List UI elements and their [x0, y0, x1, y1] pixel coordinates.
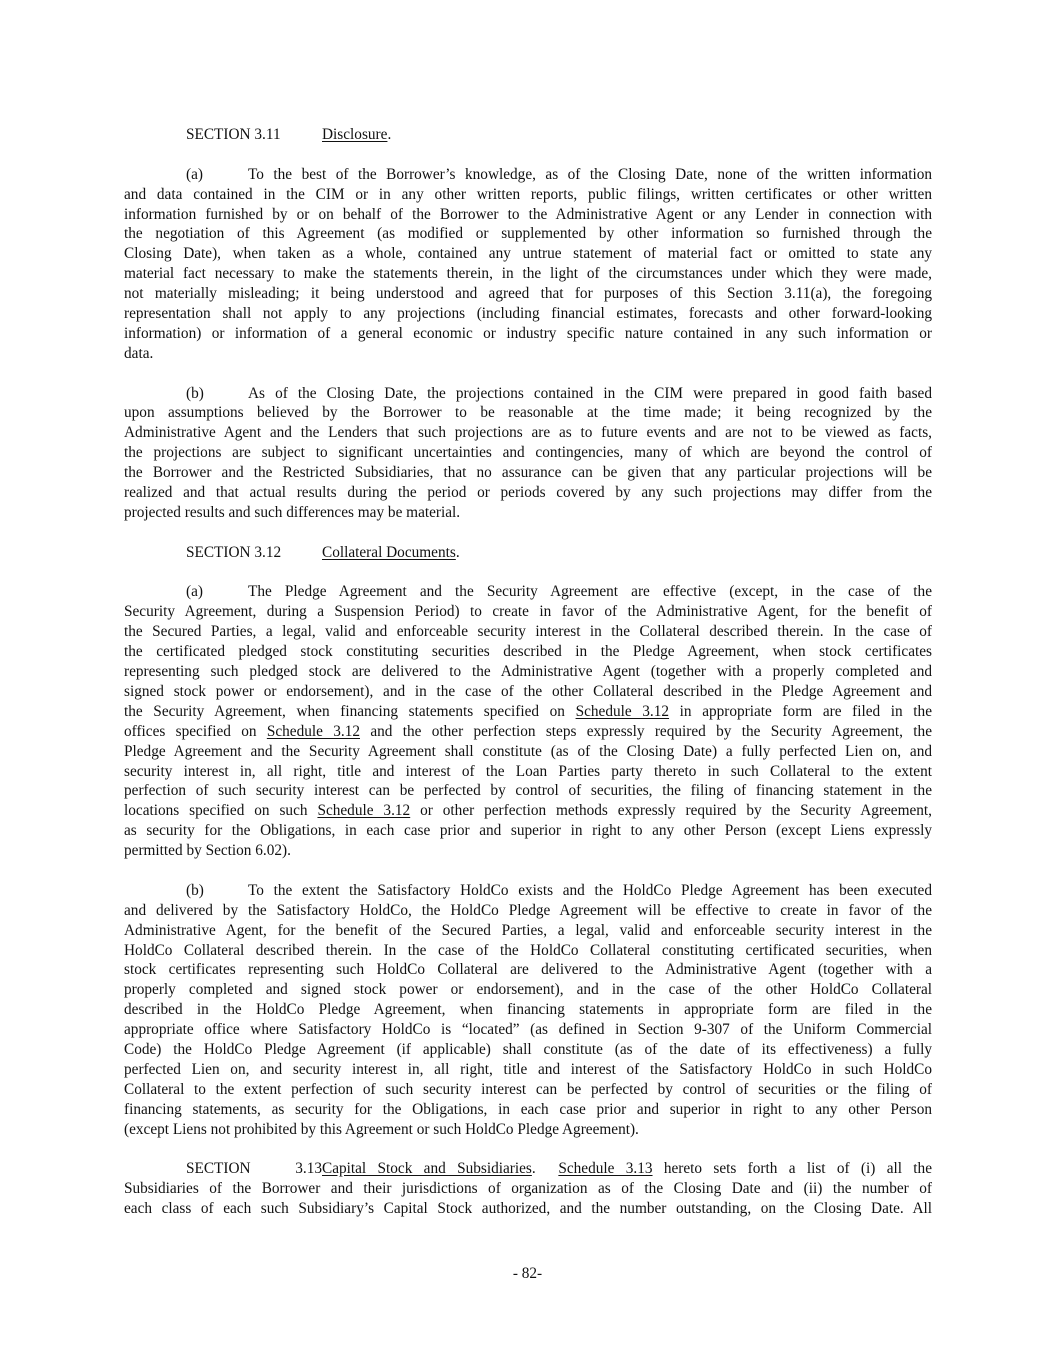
paragraph-3-12-a: (a)The Pledge Agreement and the Security… [124, 582, 932, 860]
schedule-3-12-reference: Schedule 3.12 [576, 703, 669, 720]
section-title: Disclosure [322, 126, 387, 143]
section-number: SECTION 3.11 [186, 125, 322, 145]
paragraph-3-11-b: (b)As of the Closing Date, the projectio… [124, 384, 932, 523]
section-number: SECTION 3.12 [186, 543, 322, 563]
paragraph-marker: (b) [186, 384, 248, 404]
paragraph-marker: (a) [186, 165, 248, 185]
paragraph-marker: (b) [186, 881, 248, 901]
schedule-3-12-reference: Schedule 3.12 [267, 723, 360, 740]
section-number: SECTION 3.13 [186, 1159, 322, 1179]
schedule-3-12-reference: Schedule 3.12 [317, 802, 410, 819]
paragraph-3-11-a: (a)To the best of the Borrower’s knowled… [124, 165, 932, 364]
section-3-13: SECTION 3.13Capital Stock and Subsidiari… [124, 1159, 932, 1219]
section-title: Collateral Documents [322, 544, 456, 561]
section-heading-3-12: SECTION 3.12Collateral Documents. [124, 543, 932, 563]
page-number: - 82- [0, 1265, 1055, 1283]
paragraph-marker: (a) [186, 582, 248, 602]
document-page: SECTION 3.11Disclosure. (a)To the best o… [124, 125, 932, 1239]
section-title: Capital Stock and Subsidiaries [322, 1160, 532, 1177]
paragraph-3-12-b: (b)To the extent the Satisfactory HoldCo… [124, 881, 932, 1140]
section-heading-3-11: SECTION 3.11Disclosure. [124, 125, 932, 145]
schedule-3-13-reference: Schedule 3.13 [558, 1160, 652, 1177]
